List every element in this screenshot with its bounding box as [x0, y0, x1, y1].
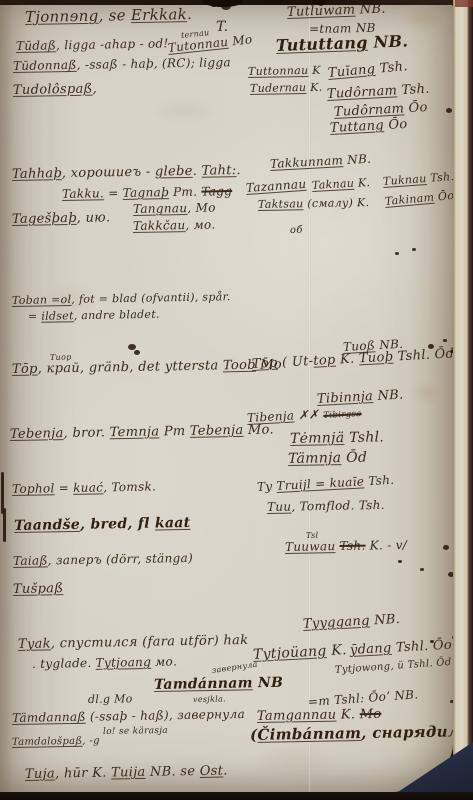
- handwritten-text: Ty: [257, 479, 277, 494]
- handwritten-text: , se: [98, 6, 131, 25]
- handwritten-line: Tuttonnau K: [248, 65, 321, 77]
- handwritten-text: (-ssaþ - haß), завернула: [86, 707, 245, 724]
- handwritten-text: Tėmnjä: [290, 430, 345, 447]
- handwritten-text: Ōd: [341, 450, 367, 466]
- handwritten-text: K: [308, 64, 321, 77]
- handwritten-text: vesjkla.: [193, 694, 226, 704]
- handwritten-text: .: [236, 163, 241, 178]
- handwritten-line: Tamdánnam NB: [154, 676, 283, 692]
- handwritten-line: Tėmnjä Tshl.: [290, 430, 384, 446]
- handwritten-line: Tudernau K.: [250, 82, 323, 94]
- handwritten-text: , Mo: [187, 201, 216, 215]
- handwritten-line: Tamgannau K. Mo: [257, 708, 382, 723]
- book-bottom-edge: [0, 792, 473, 800]
- handwritten-text: Pm.: [169, 185, 202, 200]
- handwritten-text: Tōp: [12, 362, 38, 377]
- handwritten-text: Taktsau: [258, 197, 304, 211]
- handwritten-text: Tahhaþ: [12, 166, 62, 182]
- handwritten-text: Erkkak: [131, 5, 187, 24]
- handwritten-line: Taktsau (смалу) K.: [258, 197, 370, 210]
- handwritten-text: Tangnau: [133, 201, 188, 216]
- handwritten-text: ( Ut-: [277, 354, 313, 371]
- handwritten-text: K.: [335, 351, 359, 367]
- handwritten-text: Ōo: [384, 117, 408, 133]
- handwritten-line: Tututtang NB.: [276, 33, 409, 54]
- manuscript-photo: Tjonnɘng, se Erkkak.T.Tutluwam NB.=tnam …: [0, 0, 473, 800]
- handwritten-text: Tjonnɘng: [25, 7, 99, 26]
- handwritten-text: , заперъ (dörr, stänga): [48, 551, 194, 568]
- handwritten-text: Tūdonnaß: [13, 58, 77, 73]
- handwritten-text: Mo: [360, 707, 382, 722]
- handwritten-line: = ildset, andre bladet.: [28, 309, 160, 322]
- handwritten-text: Toban =ol: [12, 293, 72, 307]
- handwritten-text: Tshl. Ōo: [391, 638, 452, 656]
- handwritten-text: K.: [336, 707, 360, 722]
- handwritten-line: lo! se kärasja: [103, 727, 168, 737]
- handwritten-text: Tsh.: [364, 473, 395, 489]
- handwritten-line: Tutluwam NB.: [287, 3, 386, 19]
- handwritten-text: Ōo: [434, 189, 455, 204]
- handwritten-text: =: [104, 186, 123, 200]
- handwritten-text: Taandše: [14, 517, 80, 534]
- handwritten-text: Tuttang: [330, 118, 385, 136]
- handwritten-text: Tebenja: [190, 423, 244, 439]
- handwritten-text: Tibinnja: [317, 389, 374, 407]
- handwritten-line: Tuuwau Tsh. K. - v/: [285, 539, 407, 553]
- handwritten-text: Tibirgsa: [323, 409, 362, 421]
- handwritten-line: Tämnja Ōd: [288, 451, 367, 466]
- handwritten-text: ȳdang: [350, 641, 392, 658]
- handwritten-text: Tagnaþ: [123, 185, 170, 200]
- handwritten-text: Tshl.: [344, 429, 384, 446]
- handwritten-line: Tophol = kuać, Tomsk.: [12, 480, 156, 495]
- handwritten-text: , ligga -ahap - od!: [56, 36, 169, 52]
- handwritten-text: , fot = blad (ofvantii), spår.: [71, 290, 231, 306]
- handwritten-text: lo! se kärasja: [103, 726, 168, 737]
- handwritten-text: мо.: [151, 654, 177, 668]
- handwritten-text: Takkčau: [133, 218, 186, 233]
- handwritten-text: Tūdaß: [16, 38, 56, 53]
- handwritten-text: , -g: [82, 735, 100, 746]
- handwritten-line: T.: [216, 20, 229, 34]
- fore-edge-red-band: [455, 0, 473, 7]
- handwritten-text: Tshl. Ōd: [393, 346, 455, 364]
- handwritten-text: . tyglade.: [32, 656, 96, 671]
- handwritten-text: (смалу) K.: [303, 196, 369, 210]
- handwritten-text: NB.: [367, 31, 408, 51]
- handwritten-text: Tudernau: [250, 81, 307, 95]
- handwritten-text: ,: [92, 82, 97, 97]
- handwritten-text: , ию.: [77, 210, 111, 226]
- handwritten-line: Taandše, bred, fl kaat: [14, 516, 191, 533]
- handwritten-text: , bred, fl: [80, 516, 155, 533]
- handwritten-text: Čimbánnam: [257, 724, 361, 744]
- handwritten-line: Tagešþaþ, ию.: [12, 211, 111, 226]
- handwritten-line: Tuu, Tomflod. Tsh.: [267, 499, 385, 513]
- handwritten-text: Tophol: [12, 481, 55, 496]
- handwritten-text: Tagg: [201, 184, 232, 199]
- margin-ink-stroke: [3, 508, 6, 542]
- handwritten-line: (Čimbánnam, снарядился;: [250, 724, 473, 743]
- handwritten-line: Tjonnɘng, se Erkkak.: [25, 7, 192, 25]
- handwritten-text: T.: [216, 19, 229, 35]
- handwritten-text: Tuuwau: [285, 539, 336, 554]
- handwritten-text: , Tomflod. Tsh.: [291, 498, 385, 514]
- handwritten-text: =: [54, 481, 73, 495]
- handwritten-text: Tuoþ: [359, 350, 394, 367]
- handwritten-line: Tūdonnaß, -ssaß - haþ, (RC); ligga: [13, 56, 231, 72]
- handwritten-text: ✗✗: [294, 407, 324, 422]
- handwritten-line: Tuttang Ōo: [330, 118, 408, 135]
- handwritten-line: Tangnau, Mo: [133, 202, 216, 215]
- ink-speck: [134, 350, 140, 355]
- handwritten-text: kaat: [155, 515, 191, 532]
- handwritten-line: Tudolôspaß,: [13, 83, 97, 97]
- handwritten-text: Ōo: [404, 100, 428, 116]
- handwritten-text: , bror.: [63, 425, 109, 441]
- handwritten-line: Tyak, спустился (fara utför) hak: [18, 634, 249, 651]
- handwritten-text: NB: [253, 675, 284, 692]
- handwritten-line: Tūdaß, ligga -ahap - od!: [16, 37, 169, 52]
- page-crease: [308, 4, 311, 792]
- handwritten-line: Tamdalošpaß, -g: [12, 736, 100, 748]
- handwritten-text: Tamdalošpaß: [12, 736, 83, 748]
- handwritten-text: Tušpaß: [13, 581, 64, 597]
- handwritten-text: Tamdánnam: [154, 675, 253, 693]
- handwritten-text: об: [290, 225, 303, 236]
- handwritten-text: Taiaß: [13, 553, 48, 568]
- handwritten-text: Temnja: [110, 424, 160, 440]
- handwritten-text: Pm: [159, 424, 190, 440]
- handwritten-text: Takku.: [62, 186, 104, 201]
- handwritten-text: dl.g Mo: [88, 692, 133, 706]
- handwritten-line: Takkčau, мо.: [133, 219, 216, 232]
- handwritten-text: , хорошиеъ -: [62, 165, 155, 182]
- handwritten-text: , Tomsk.: [103, 479, 156, 494]
- handwritten-text: Taknau: [312, 177, 355, 192]
- handwritten-text: Tämdannaß: [12, 710, 86, 725]
- handwritten-text: glebe: [155, 164, 193, 180]
- handwritten-text: , мо.: [185, 218, 215, 233]
- handwritten-text: K.: [326, 642, 347, 659]
- handwritten-text: Tsh.: [339, 539, 365, 553]
- handwritten-text: Taht:: [201, 163, 236, 179]
- book-fore-edge: [453, 0, 473, 800]
- handwritten-text: NB.: [373, 387, 404, 404]
- handwritten-text: Tsh.: [375, 59, 409, 77]
- handwritten-text: =: [28, 310, 42, 323]
- handwritten-text: Tuu: [267, 500, 292, 514]
- handwritten-text: Tsh.: [397, 82, 430, 99]
- handwritten-line: Taiaß, заперъ (dörr, stänga): [13, 552, 193, 567]
- ink-speck: [443, 545, 449, 550]
- handwritten-text: Tōp: [252, 356, 278, 372]
- handwritten-text: , -ssaß - haþ, (RC); ligga: [77, 55, 232, 72]
- handwritten-text: Tagešþaþ: [12, 211, 77, 227]
- ink-speck: [446, 108, 452, 113]
- handwritten-line: . tyglade. Tytjoang мо.: [32, 655, 177, 670]
- handwritten-text: Tamgannau: [257, 708, 337, 724]
- handwritten-text: Tsh.: [426, 170, 455, 185]
- handwritten-text: top: [313, 353, 336, 369]
- handwritten-text: Ost: [200, 764, 224, 779]
- handwritten-line: Takku. = Tagnaþ Pm. Tagg: [62, 185, 232, 200]
- handwritten-line: Taknau K.: [312, 177, 371, 191]
- handwritten-text: Tytjoang: [95, 655, 151, 670]
- handwritten-text: Tuja: [25, 766, 55, 782]
- handwritten-text: K.: [354, 176, 371, 190]
- handwritten-line: vesjkla.: [193, 695, 226, 704]
- handwritten-line: Tušpaß: [13, 582, 64, 596]
- handwritten-text: Tuttonnau: [248, 64, 309, 78]
- handwritten-text: .: [193, 164, 202, 179]
- handwritten-text: K. - v/: [365, 538, 407, 553]
- handwritten-text: Tututtang: [276, 33, 368, 55]
- handwritten-text: Tuija: [111, 765, 146, 781]
- handwritten-text: K.: [306, 81, 322, 94]
- handwritten-text: Mo.: [243, 422, 274, 438]
- handwritten-text: NB. se: [145, 764, 199, 780]
- handwritten-text: Tämnja: [288, 450, 342, 467]
- handwritten-text: NB.: [343, 152, 372, 167]
- handwritten-text: kuać: [73, 480, 103, 495]
- handwritten-line: dl.g Mo: [88, 693, 133, 705]
- handwritten-line: Tuja, hūr K. Tuija NB. se Ost.: [25, 764, 228, 781]
- handwritten-text: , andre bladet.: [74, 308, 160, 322]
- handwritten-line: Tahhaþ, хорошиеъ - glebe. Taht:.: [12, 164, 241, 181]
- handwritten-text: , hūr K.: [55, 765, 111, 781]
- handwritten-text: Tebenja: [10, 426, 64, 442]
- handwritten-text: .: [223, 763, 228, 778]
- handwritten-text: Mo: [227, 32, 253, 48]
- handwritten-text: Tyak: [18, 636, 51, 652]
- handwritten-text: NB.: [369, 612, 400, 629]
- handwritten-text: .: [187, 5, 192, 23]
- handwritten-text: ildset: [41, 309, 74, 323]
- ink-speck: [428, 344, 434, 349]
- handwritten-line: об: [290, 226, 303, 236]
- handwritten-text: Tudolôspaß: [13, 82, 93, 98]
